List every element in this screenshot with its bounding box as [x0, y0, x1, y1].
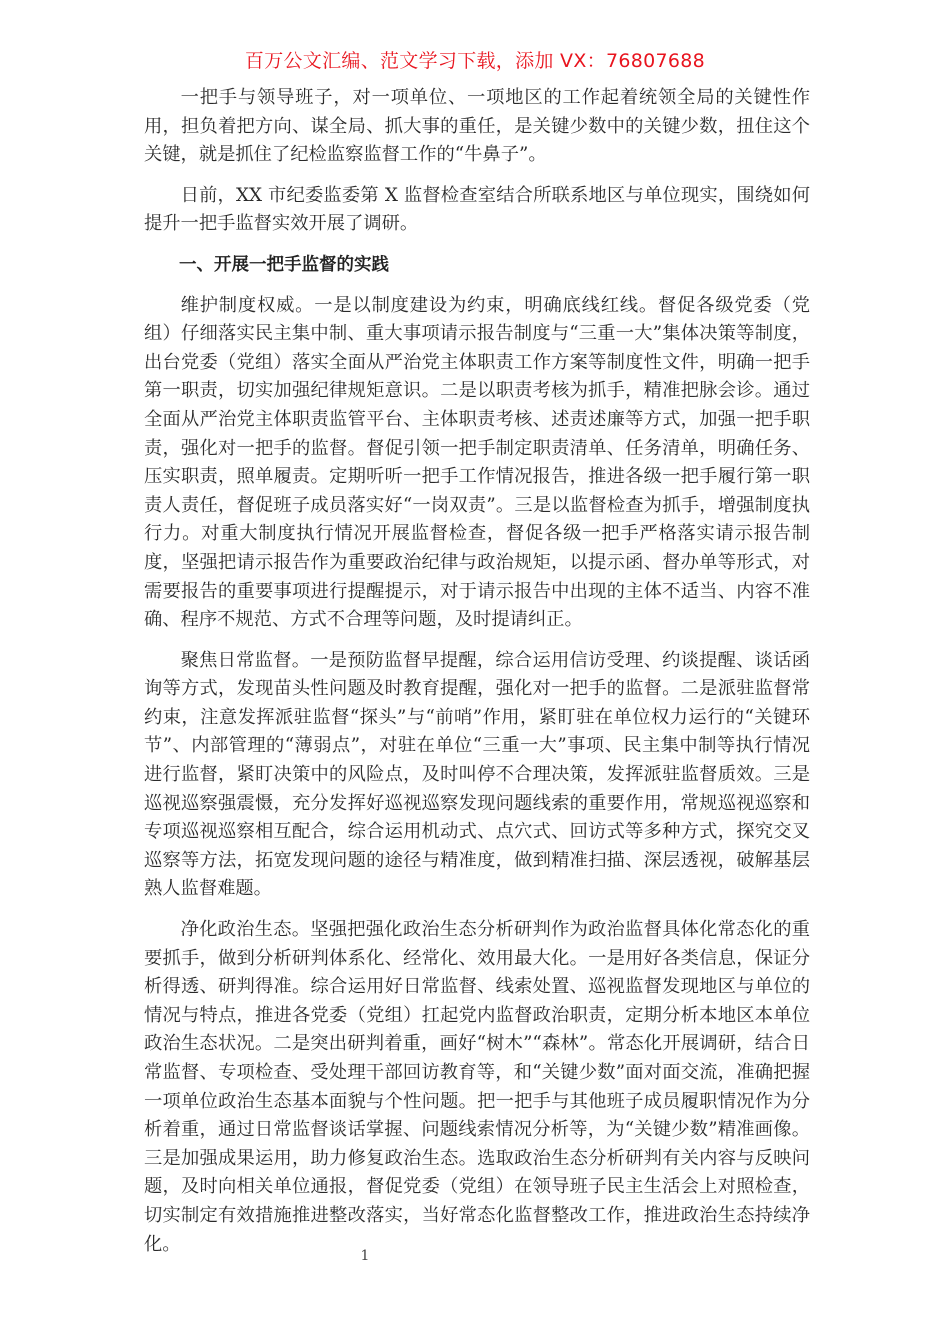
page-number: 1	[0, 1248, 730, 1264]
promo-banner: 百万公文汇编、范文学习下载，添加 VX：76807688	[0, 46, 950, 73]
section-heading: 一、开展一把手监督的实践	[144, 251, 810, 280]
section-paragraph-political-ecology: 净化政治生态。坚强把强化政治生态分析研判作为政治监督具体化常态化的重要抓手，做到…	[144, 916, 810, 1259]
intro-paragraph-1: 一把手与领导班子，对一项单位、一项地区的工作起着统领全局的关键性作用，担负着把方…	[144, 84, 810, 170]
section-paragraph-institution: 维护制度权威。一是以制度建设为约束，明确底线红线。督促各级党委（党组）仔细落实民…	[144, 292, 810, 635]
document-body: 一把手与领导班子，对一项单位、一项地区的工作起着统领全局的关键性作用，担负着把方…	[144, 84, 810, 1271]
intro-paragraph-2: 日前，XX 市纪委监委第 X 监督检查室结合所联系地区与单位现实，围绕如何提升一…	[144, 182, 810, 239]
section-paragraph-daily-supervision: 聚焦日常监督。一是预防监督早提醒，综合运用信访受理、约谈提醒、谈话函询等方式，发…	[144, 647, 810, 904]
